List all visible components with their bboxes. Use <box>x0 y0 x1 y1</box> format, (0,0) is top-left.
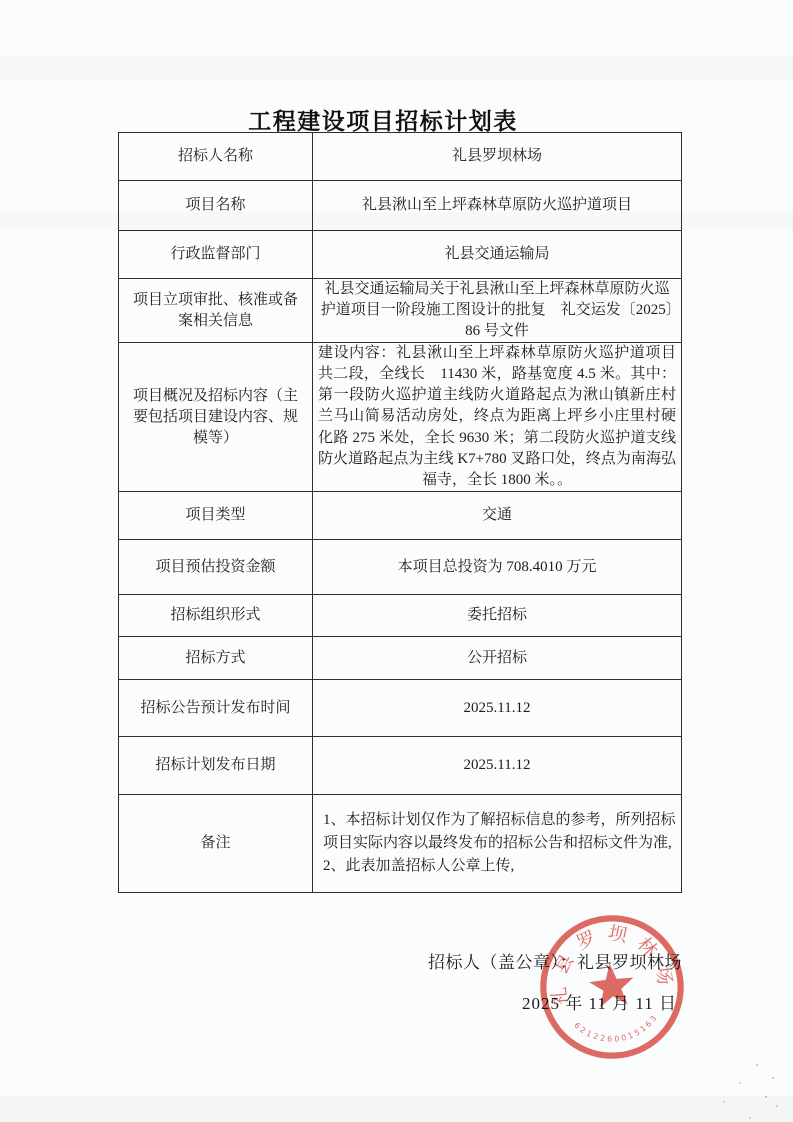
row-value: 1、本招标计划仅作为了解招标信息的参考，所列招标项目实际内容以最终发布的招标公告… <box>313 795 681 892</box>
seal-code-arc: 6212260015163 <box>572 1011 663 1048</box>
scan-artifact-band <box>0 55 793 79</box>
row-value-text: 委托招标 <box>318 605 676 626</box>
row-value-text: 礼县交通运输局关于礼县湫山至上坪森林草原防火巡护道项目一阶段施工图设计的批复 礼… <box>318 279 676 342</box>
row-value-text: 2025.11.12 <box>318 755 676 776</box>
row-label: 行政监督部门 <box>119 231 313 278</box>
scan-noise-specks <box>765 1096 767 1098</box>
bidder-signature-line: 招标人（盖公章）：礼县罗坝林场 <box>428 948 682 973</box>
row-value-text: 礼县交通运输局 <box>318 244 676 265</box>
row-label: 项目立项审批、核准或备案相关信息 <box>119 279 313 342</box>
row-label: 招标计划发布日期 <box>119 737 313 794</box>
table-row-plan-release-date: 招标计划发布日期 2025.11.12 <box>119 736 681 794</box>
row-label: 招标方式 <box>119 637 313 679</box>
row-label: 项目类型 <box>119 492 313 539</box>
row-value-text: 公开招标 <box>318 648 676 669</box>
row-value-text: 2025.11.12 <box>318 698 676 719</box>
row-value: 建设内容：礼县湫山至上坪森林草原防火巡护道项目共二段，全线长 11430 米，路… <box>313 343 681 491</box>
row-value: 2025.11.12 <box>313 737 681 794</box>
row-label: 项目概况及招标内容（主要包括项目建设内容、规模等） <box>119 343 313 491</box>
signature-date-line: 2025 年 11 月 11 日 <box>522 989 677 1014</box>
table-row-project-type: 项目类型 交通 <box>119 491 681 539</box>
table-row-approval-info: 项目立项审批、核准或备案相关信息 礼县交通运输局关于礼县湫山至上坪森林草原防火巡… <box>119 278 681 342</box>
row-value-text: 1、本招标计划仅作为了解招标信息的参考，所列招标项目实际内容以最终发布的招标公告… <box>318 809 676 878</box>
row-value-text: 交通 <box>318 505 676 526</box>
table-row-remarks: 备注 1、本招标计划仅作为了解招标信息的参考，所列招标项目实际内容以最终发布的招… <box>119 794 681 892</box>
seal-outer-ring <box>537 912 688 1063</box>
table-row-bidder-name: 招标人名称 礼县罗坝林场 <box>119 133 681 180</box>
row-value: 2025.11.12 <box>313 680 681 736</box>
row-value: 礼县交通运输局关于礼县湫山至上坪森林草原防火巡护道项目一阶段施工图设计的批复 礼… <box>313 279 681 342</box>
table-row-estimated-investment: 项目预估投资金额 本项目总投资为 708.4010 万元 <box>119 539 681 594</box>
row-label: 招标人名称 <box>119 133 313 180</box>
bidding-plan-table: 招标人名称 礼县罗坝林场 项目名称 礼县湫山至上坪森林草原防火巡护道项目 行政监… <box>118 132 682 893</box>
row-value-text: 礼县湫山至上坪森林草原防火巡护道项目 <box>318 195 676 216</box>
row-value-text: 建设内容：礼县湫山至上坪森林草原防火巡护道项目共二段，全线长 11430 米，路… <box>318 343 676 491</box>
row-value: 礼县交通运输局 <box>313 231 681 278</box>
row-value-text: 礼县罗坝林场 <box>318 146 676 167</box>
official-seal-stamp: 礼县罗坝林场 6212260015163 <box>526 901 697 1072</box>
row-value: 公开招标 <box>313 637 681 679</box>
row-value: 委托招标 <box>313 595 681 636</box>
row-value-text: 本项目总投资为 708.4010 万元 <box>318 557 676 578</box>
row-label: 招标公告预计发布时间 <box>119 680 313 736</box>
row-value: 交通 <box>313 492 681 539</box>
table-row-supervisory-department: 行政监督部门 礼县交通运输局 <box>119 230 681 278</box>
table-row-announcement-date: 招标公告预计发布时间 2025.11.12 <box>119 679 681 736</box>
table-row-organization-form: 招标组织形式 委托招标 <box>119 594 681 636</box>
row-label: 招标组织形式 <box>119 595 313 636</box>
scan-artifact-band <box>0 1096 793 1122</box>
table-row-project-overview: 项目概况及招标内容（主要包括项目建设内容、规模等） 建设内容：礼县湫山至上坪森林… <box>119 342 681 491</box>
row-label: 备注 <box>119 795 313 892</box>
row-value: 本项目总投资为 708.4010 万元 <box>313 540 681 594</box>
row-value: 礼县罗坝林场 <box>313 133 681 180</box>
row-label: 项目名称 <box>119 181 313 230</box>
table-row-project-name: 项目名称 礼县湫山至上坪森林草原防火巡护道项目 <box>119 180 681 230</box>
row-value: 礼县湫山至上坪森林草原防火巡护道项目 <box>313 181 681 230</box>
row-label: 项目预估投资金额 <box>119 540 313 594</box>
scanned-document-page: 工程建设项目招标计划表 招标人名称 礼县罗坝林场 项目名称 礼县湫山至上坪森林草… <box>0 0 793 1122</box>
table-row-bidding-method: 招标方式 公开招标 <box>119 636 681 679</box>
